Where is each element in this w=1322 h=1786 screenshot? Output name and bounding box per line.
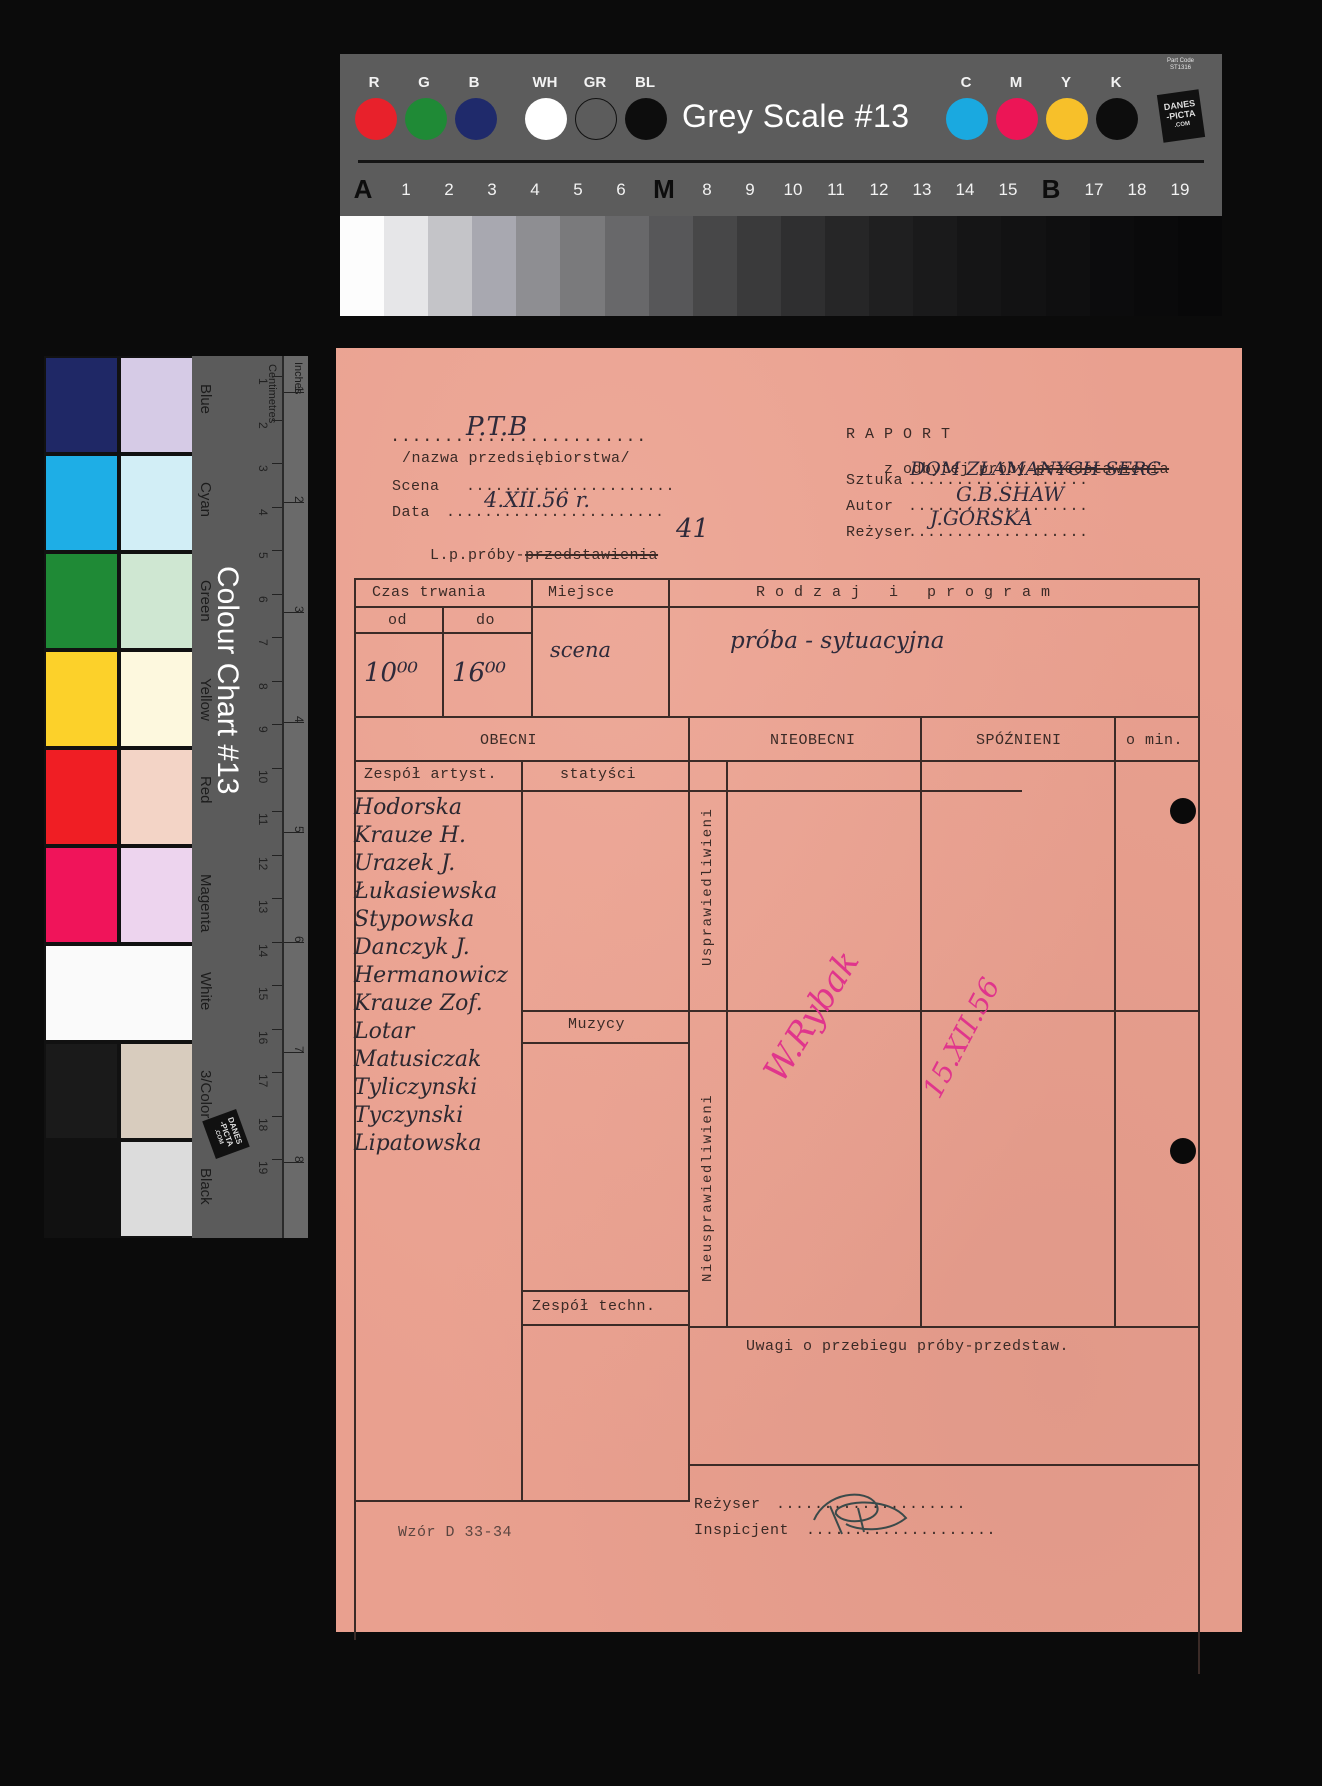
do-label: do bbox=[476, 612, 495, 629]
dot-label-y: Y bbox=[1044, 74, 1088, 91]
punch-hole-bottom bbox=[1170, 1138, 1196, 1164]
swatch-cyan-tint bbox=[119, 454, 194, 552]
autor-label: Autor bbox=[846, 498, 894, 515]
colour-chart-ruler: BlueCyanGreenYellowRedMagentaWhite3/Colo… bbox=[192, 356, 308, 1238]
t2-header-rule bbox=[354, 760, 1200, 762]
red-swatch-dot bbox=[355, 98, 397, 140]
rezyser-value: J.GÓRSKA bbox=[930, 506, 1033, 530]
cm-tick-label: 17 bbox=[256, 1074, 270, 1087]
cm-tick bbox=[272, 1116, 282, 1117]
inch-tick bbox=[284, 832, 304, 833]
sztuka-label: Sztuka bbox=[846, 472, 903, 489]
cm-tick bbox=[272, 811, 282, 812]
muzycy-rule bbox=[521, 1042, 689, 1044]
t1-rodzaj-divider bbox=[668, 578, 670, 716]
director-signature-scribble bbox=[806, 1484, 916, 1540]
part-code-label: Part Code bbox=[1167, 58, 1194, 65]
grey-scale-step-label: 4 bbox=[518, 180, 552, 200]
rezyser-label: Reżyser bbox=[846, 524, 913, 541]
lp-label: L.p.próby-przedstawienia bbox=[392, 530, 658, 581]
scena-label: Scena bbox=[392, 478, 440, 495]
zespol-techn-top-rule bbox=[521, 1290, 689, 1292]
uwagi-bottom-rule bbox=[688, 1464, 1200, 1466]
grey-scale-step bbox=[384, 216, 428, 316]
uwagi-header: Uwagi o przebiegu próby-przedstaw. bbox=[746, 1338, 1069, 1355]
cm-tick-label: 8 bbox=[256, 683, 270, 690]
colour-chart-card: BlueCyanGreenYellowRedMagentaWhite3/Colo… bbox=[44, 356, 308, 1238]
artist-name: Matusiczak bbox=[354, 1046, 508, 1074]
inch-ruler-bar: Inches 12345678 bbox=[282, 356, 308, 1238]
grey-scale-step-label: 17 bbox=[1077, 180, 1111, 200]
t1-header-rule bbox=[354, 606, 1200, 608]
lp-struck-text: przedstawienia bbox=[525, 547, 658, 564]
lp-value: 41 bbox=[676, 514, 709, 544]
cm-tick bbox=[272, 594, 282, 595]
grey-scale-title: Grey Scale #13 bbox=[682, 98, 910, 135]
cm-tick bbox=[272, 637, 282, 638]
t2-middle-rule bbox=[521, 1010, 1200, 1012]
swatch-black-tint bbox=[119, 1140, 194, 1238]
grey-scale-step bbox=[605, 216, 649, 316]
data-value: 4.XII.56 r. bbox=[484, 488, 590, 512]
t1-top-border bbox=[354, 578, 1200, 580]
grey-scale-step bbox=[649, 216, 693, 316]
grey-scale-step-label: 2 bbox=[432, 180, 466, 200]
cm-tick bbox=[272, 420, 282, 421]
key-black-swatch-dot bbox=[1096, 98, 1138, 140]
grey-scale-step bbox=[1134, 216, 1178, 316]
grey-scale-step bbox=[340, 216, 384, 316]
pink-signature: W.Rybak bbox=[756, 944, 868, 1090]
cm-tick-label: 15 bbox=[256, 987, 270, 1000]
grey-scale-step-label: A bbox=[346, 174, 380, 205]
cm-tick-label: 16 bbox=[256, 1031, 270, 1044]
cm-tick-label: 10 bbox=[256, 770, 270, 783]
spoznieni-header: SPÓŹNIENI bbox=[976, 732, 1062, 749]
grey-scale-step bbox=[781, 216, 825, 316]
table-right-border bbox=[1198, 578, 1200, 1674]
dot-label-k: K bbox=[1094, 74, 1138, 91]
part-code: Part Code ST1316 bbox=[1167, 58, 1194, 72]
muzycy-header: Muzycy bbox=[568, 1016, 625, 1033]
grey-scale-step bbox=[1090, 216, 1134, 316]
t1-miejsce-divider bbox=[531, 578, 533, 716]
artist-name: Łukasiewska bbox=[354, 878, 508, 906]
footer-rezyser-label: Reżyser bbox=[694, 1496, 761, 1513]
grey-scale-step bbox=[472, 216, 516, 316]
artist-name: Tyczynski bbox=[354, 1102, 508, 1130]
report-title: R A P O R T bbox=[846, 426, 951, 443]
cm-tick-label: 14 bbox=[256, 944, 270, 957]
nieusprawiedliwieni-label: Nieusprawiedliwieni bbox=[700, 1094, 716, 1282]
cm-tick bbox=[272, 942, 282, 943]
swatch-blue-solid bbox=[44, 356, 119, 454]
cm-tick-label: 11 bbox=[256, 813, 270, 825]
cm-tick bbox=[272, 898, 282, 899]
uwagi-top-rule bbox=[688, 1326, 1200, 1328]
inch-tick bbox=[284, 722, 304, 723]
punch-hole-top bbox=[1170, 798, 1196, 824]
grey-scale-step bbox=[428, 216, 472, 316]
grey-scale-step bbox=[693, 216, 737, 316]
statysci-divider bbox=[521, 760, 523, 1502]
usprawiedliwieni-label: Usprawiedliwieni bbox=[700, 808, 716, 966]
czas-trwania-header: Czas trwania bbox=[372, 584, 486, 601]
swatch-cyan-solid bbox=[44, 454, 119, 552]
grey-scale-step bbox=[869, 216, 913, 316]
cm-tick-label: 13 bbox=[256, 900, 270, 913]
zespol-techn-bottom-rule bbox=[521, 1324, 689, 1326]
colour-row-name: Black bbox=[197, 1168, 214, 1205]
grey-scale-step bbox=[737, 216, 781, 316]
grey-scale-step-label: 3 bbox=[475, 180, 509, 200]
od-label: od bbox=[388, 612, 407, 629]
grey-swatch-dot bbox=[575, 98, 617, 140]
zespol-artyst-header: Zespół artyst. bbox=[364, 766, 497, 783]
white-swatch-dot bbox=[525, 98, 567, 140]
grey-scale-step-label: 6 bbox=[604, 180, 638, 200]
green-swatch-dot bbox=[405, 98, 447, 140]
rehearsal-report-form: P.T.B ........................ /nazwa pr… bbox=[336, 348, 1242, 1632]
artist-name: Tyliczynski bbox=[354, 1074, 508, 1102]
artist-name: Krauze H. bbox=[354, 822, 508, 850]
magenta-swatch-dot bbox=[996, 98, 1038, 140]
dot-label-b: B bbox=[452, 74, 496, 91]
cm-tick bbox=[272, 724, 282, 725]
artist-name: Danczyk J. bbox=[354, 934, 508, 962]
data-label: Data bbox=[392, 504, 430, 521]
grey-scale-step-label: B bbox=[1034, 174, 1068, 205]
grey-scale-step bbox=[516, 216, 560, 316]
cm-tick bbox=[272, 855, 282, 856]
inch-tick bbox=[284, 392, 304, 393]
danes-picta-logo: DANES -PICTA .COM bbox=[1157, 89, 1205, 142]
sztuka-value: DOM ZŁAMANYCH SERC bbox=[910, 458, 1161, 480]
cm-tick bbox=[272, 550, 282, 551]
inch-tick bbox=[284, 942, 304, 943]
blue-swatch-dot bbox=[455, 98, 497, 140]
nieobecni-header: NIEOBECNI bbox=[770, 732, 856, 749]
grey-scale-step-label: 11 bbox=[819, 180, 853, 200]
od-value: 10⁰⁰ bbox=[364, 658, 418, 688]
grey-scale-step bbox=[560, 216, 604, 316]
artist-name: Hodorska bbox=[354, 794, 508, 822]
yellow-swatch-dot bbox=[1046, 98, 1088, 140]
obecni-header: OBECNI bbox=[480, 732, 537, 749]
grey-scale-step bbox=[825, 216, 869, 316]
swatch-magenta-solid bbox=[44, 846, 119, 944]
cm-tick bbox=[272, 681, 282, 682]
artist-name: Krauze Zof. bbox=[354, 990, 508, 1018]
grey-scale-step-label: 9 bbox=[733, 180, 767, 200]
cm-tick-label: 4 bbox=[256, 509, 270, 516]
swatch-red-solid bbox=[44, 748, 119, 846]
o-min-header: o min. bbox=[1126, 732, 1183, 749]
footer-inspicjent-label: Inspicjent bbox=[694, 1522, 789, 1539]
dot-label-g: G bbox=[402, 74, 446, 91]
cm-tick bbox=[272, 1072, 282, 1073]
t1-odo-divider bbox=[442, 606, 444, 716]
cm-tick-label: 1 bbox=[256, 378, 270, 385]
grey-scale-step-label: M bbox=[647, 174, 681, 205]
swatch-magenta-tint bbox=[119, 846, 194, 944]
zespol-techn-header: Zespół techn. bbox=[532, 1298, 656, 1315]
grey-scale-step-label: 5 bbox=[561, 180, 595, 200]
cm-tick bbox=[272, 1159, 282, 1160]
colour-row-name: Blue bbox=[197, 384, 214, 414]
inch-tick bbox=[284, 612, 304, 613]
centimetres-label: Centimetres bbox=[266, 364, 278, 423]
grey-scale-step bbox=[913, 216, 957, 316]
grey-scale-step-label: 10 bbox=[776, 180, 810, 200]
company-dots: ........................ bbox=[390, 428, 647, 447]
black-swatch-dot bbox=[625, 98, 667, 140]
cm-tick bbox=[272, 768, 282, 769]
colour-row-name: 3/Color bbox=[197, 1070, 214, 1118]
swatch-red-tint bbox=[119, 748, 194, 846]
spoznieni-omin-divider bbox=[1114, 716, 1116, 1326]
grey-scale-step-label: 19 bbox=[1163, 180, 1197, 200]
inch-tick bbox=[284, 502, 304, 503]
rodzaj-value: próba - sytuacyjna bbox=[730, 628, 945, 654]
artist-name: Urazek J. bbox=[354, 850, 508, 878]
grey-scale-step bbox=[1001, 216, 1045, 316]
cm-tick-label: 12 bbox=[256, 857, 270, 870]
grey-scale-step-label: 12 bbox=[862, 180, 896, 200]
swatch-yellow-solid bbox=[44, 650, 119, 748]
inch-tick bbox=[284, 1162, 304, 1163]
artist-name: Lipatowska bbox=[354, 1130, 508, 1158]
rodzaj-header: R o d z a j i p r o g r a m bbox=[756, 584, 1051, 601]
grey-scale-step-label: 1 bbox=[389, 180, 423, 200]
lp-label-text: L.p.próby- bbox=[430, 547, 525, 564]
grey-scale-card: R G B WH GR BL Grey Scale #13 C M Y K Pa… bbox=[340, 54, 1222, 216]
zespol-artyst-names: HodorskaKrauze H.Urazek J.ŁukasiewskaSty… bbox=[354, 794, 508, 1158]
swatch-black-solid bbox=[44, 1140, 119, 1238]
dot-label-gr: GR bbox=[573, 74, 617, 91]
dot-label-wh: WH bbox=[523, 74, 567, 91]
autor-value: G.B.SHAW bbox=[956, 482, 1064, 506]
grey-scale-strip bbox=[340, 216, 1222, 316]
dot-label-bl: BL bbox=[623, 74, 667, 91]
colour-row-name: White bbox=[197, 972, 214, 1010]
cm-tick-label: 3 bbox=[256, 465, 270, 472]
dot-label-r: R bbox=[352, 74, 396, 91]
nieobecni-spoznieni-divider bbox=[920, 716, 922, 1326]
miejsce-header: Miejsce bbox=[548, 584, 615, 601]
swatch-white bbox=[44, 944, 194, 1042]
cm-tick bbox=[272, 507, 282, 508]
obecni-nieobecni-divider bbox=[688, 716, 690, 1502]
cm-tick-label: 5 bbox=[256, 552, 270, 559]
form-code: Wzór D 33-34 bbox=[398, 1524, 512, 1541]
artist-name: Hermanowicz bbox=[354, 962, 508, 990]
grey-scale-step bbox=[1046, 216, 1090, 316]
cm-tick-label: 7 bbox=[256, 639, 270, 646]
inch-tick bbox=[284, 1052, 304, 1053]
colour-row-name: Magenta bbox=[197, 874, 214, 932]
swatch-green-tint bbox=[119, 552, 194, 650]
cm-tick-label: 6 bbox=[256, 596, 270, 603]
company-caption: /nazwa przedsiębiorstwa/ bbox=[402, 450, 630, 467]
grey-scale-step bbox=[957, 216, 1001, 316]
grey-scale-step-label: 15 bbox=[991, 180, 1025, 200]
swatch-3-color-tint bbox=[119, 1042, 194, 1140]
grey-scale-divider bbox=[358, 160, 1204, 163]
statysci-header: statyści bbox=[560, 766, 636, 783]
do-value: 16⁰⁰ bbox=[452, 658, 506, 688]
grey-scale-step-label: 14 bbox=[948, 180, 982, 200]
cm-tick-label: 18 bbox=[256, 1118, 270, 1131]
cm-tick-label: 9 bbox=[256, 726, 270, 733]
cm-tick bbox=[272, 376, 282, 377]
cm-tick-label: 2 bbox=[256, 422, 270, 429]
colour-row-name: Cyan bbox=[197, 482, 214, 517]
colour-chart-title: Colour Chart #13 bbox=[210, 566, 244, 794]
cm-tick bbox=[272, 1029, 282, 1030]
grey-scale-step-label: 18 bbox=[1120, 180, 1154, 200]
grey-scale-step-label: 13 bbox=[905, 180, 939, 200]
swatch-3-color-solid bbox=[44, 1042, 119, 1140]
swatch-blue-tint bbox=[119, 356, 194, 454]
dot-label-m: M bbox=[994, 74, 1038, 91]
swatch-green-solid bbox=[44, 552, 119, 650]
grey-scale-step bbox=[1178, 216, 1222, 316]
cm-tick bbox=[272, 463, 282, 464]
t1-bottom-border bbox=[354, 716, 1200, 718]
cm-tick-label: 19 bbox=[256, 1161, 270, 1174]
grey-scale-step-label: 8 bbox=[690, 180, 724, 200]
swatch-yellow-tint bbox=[119, 650, 194, 748]
part-code-value: ST1316 bbox=[1167, 65, 1194, 72]
cyan-swatch-dot bbox=[946, 98, 988, 140]
dot-label-c: C bbox=[944, 74, 988, 91]
artist-name: Stypowska bbox=[354, 906, 508, 934]
cm-tick bbox=[272, 985, 282, 986]
miejsce-value: scena bbox=[550, 638, 611, 662]
pink-signature-date: 15.XII.56 bbox=[916, 972, 1007, 1103]
vertical-label-divider bbox=[726, 760, 728, 1326]
artist-name: Lotar bbox=[354, 1018, 508, 1046]
